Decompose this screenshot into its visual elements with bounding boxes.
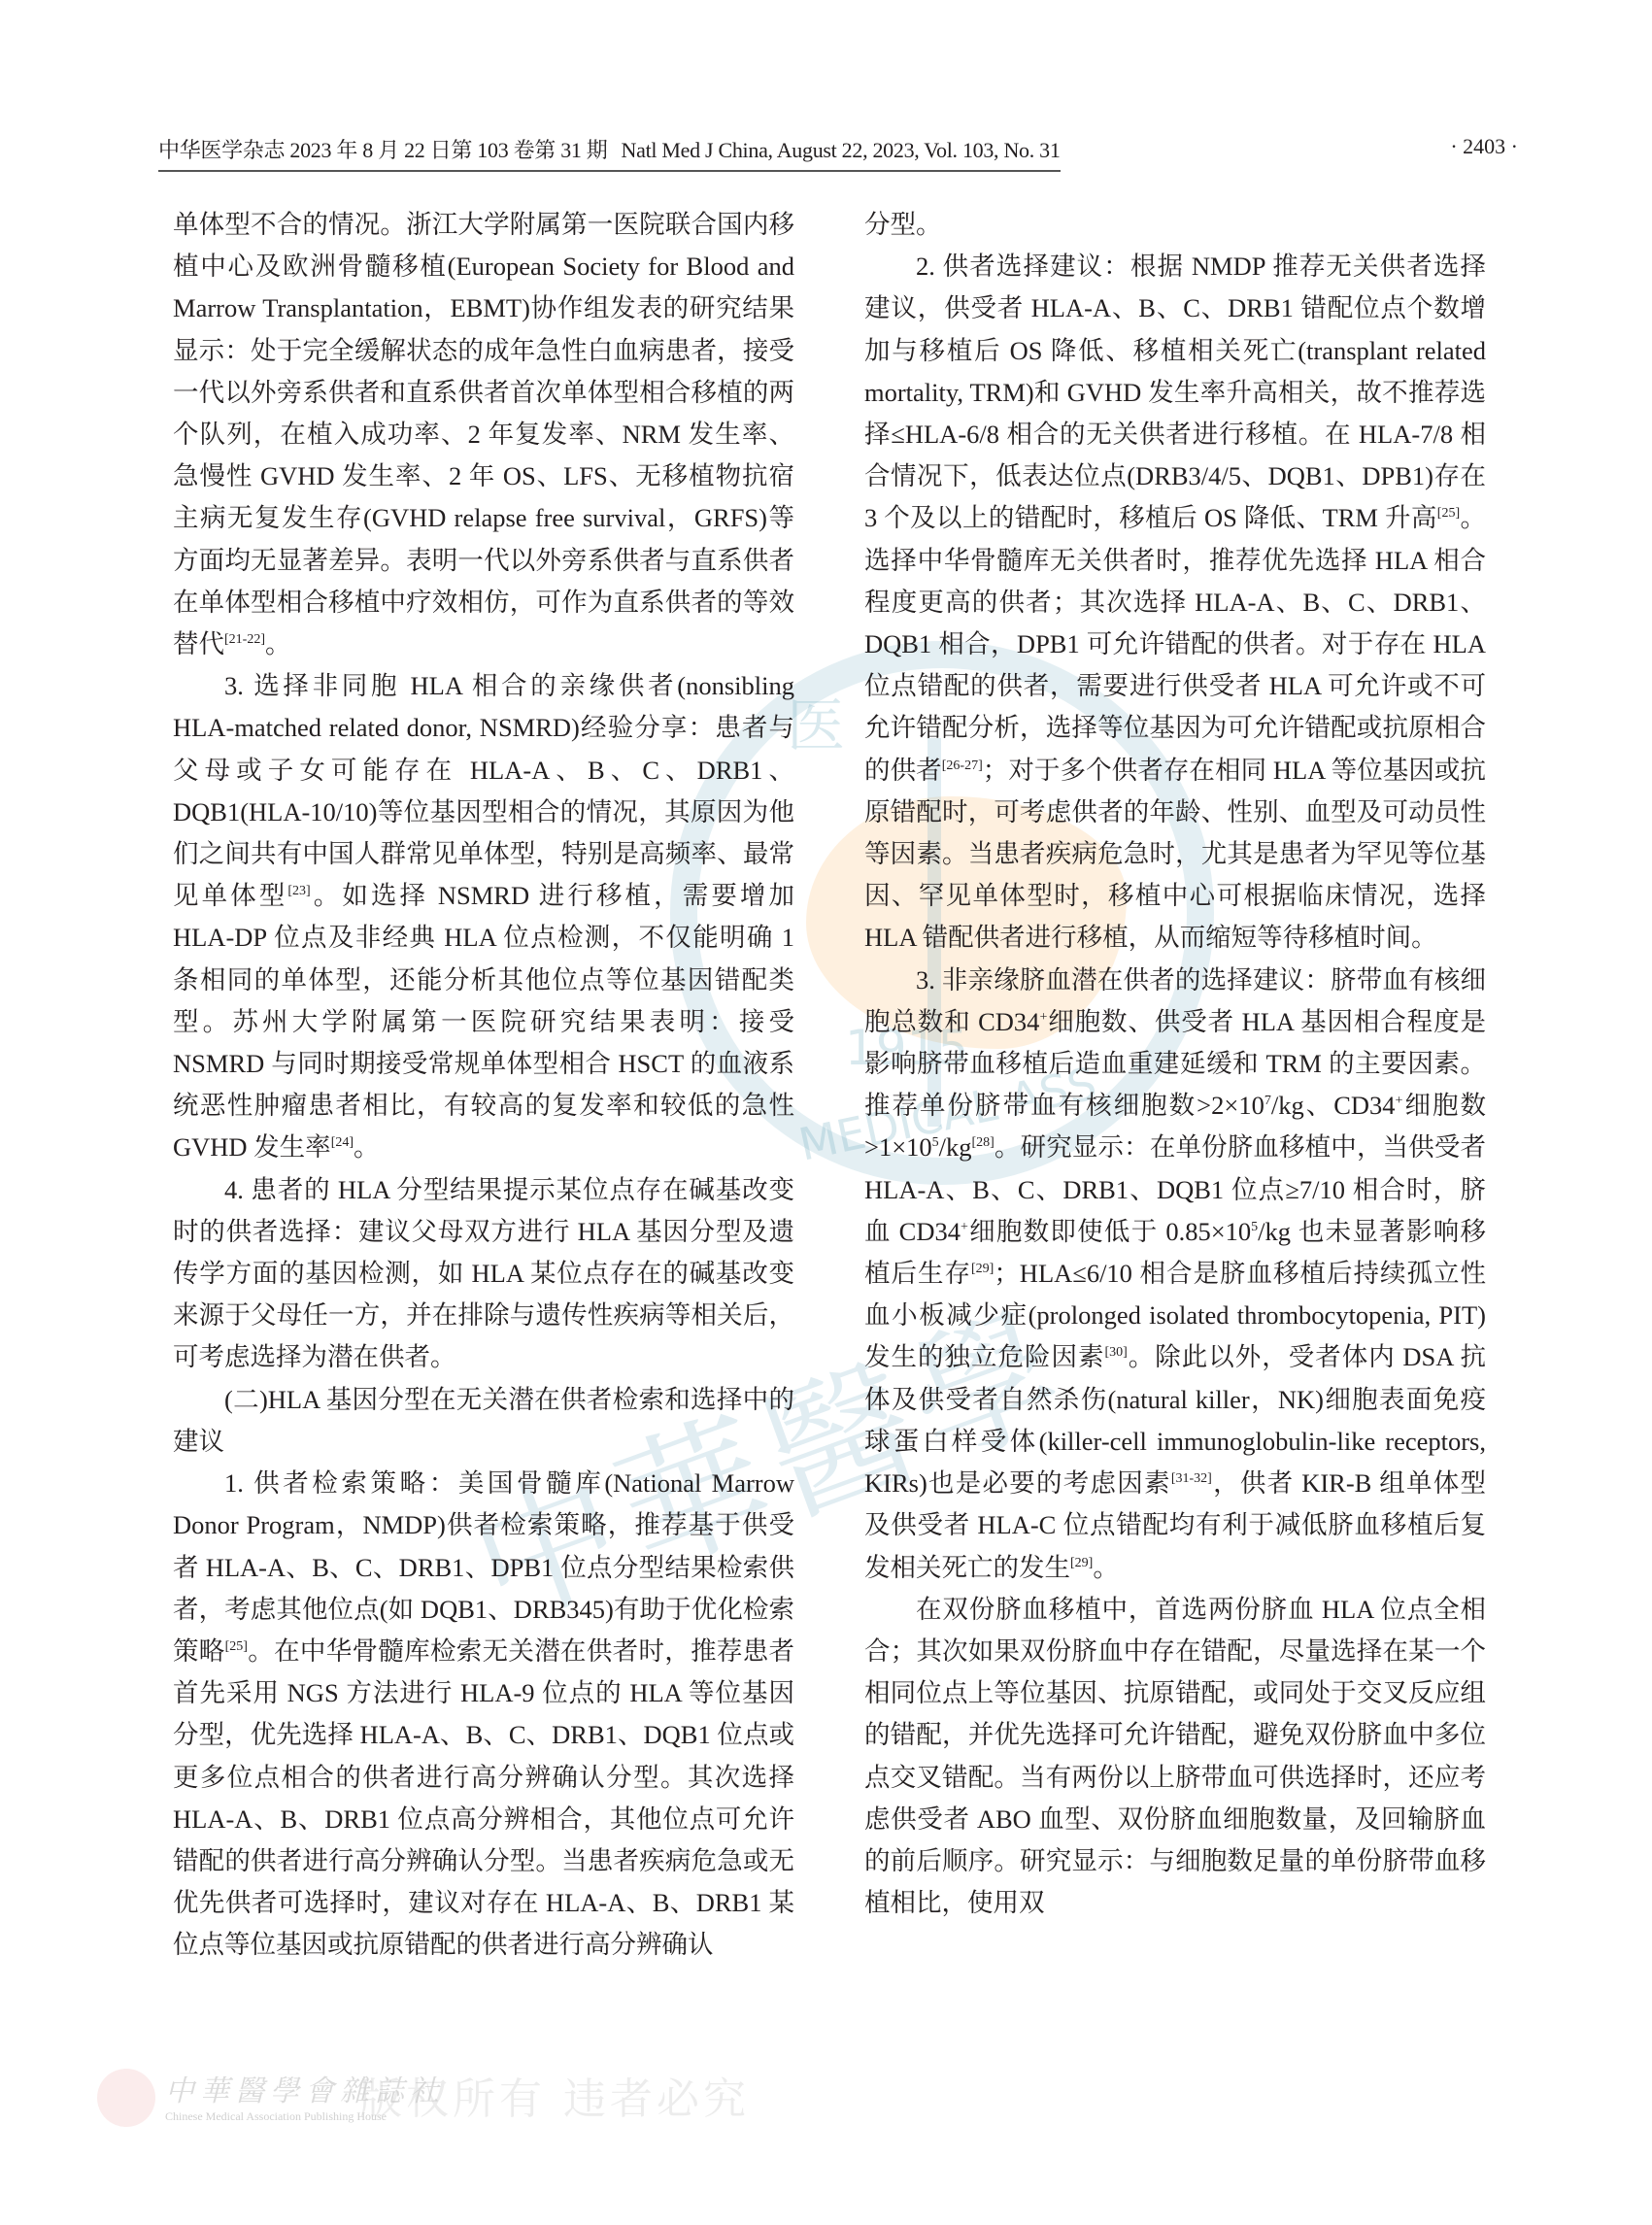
paragraph: 在双份脐血移植中，首选两份脐血 HLA 位点全相合；其次如果双份脐血中存在错配，… [864,1589,1486,1925]
journal-en: Natl Med J China, August 22, 2023, Vol. … [622,138,1061,162]
paragraph: 4. 患者的 HLA 分型结果提示某位点存在碱基改变时的供者选择：建议父母双方进… [173,1169,794,1379]
page-number: · 2403 · [1450,134,1518,159]
citation-ref: [30] [1104,1345,1127,1360]
citation-ref: [25] [1437,506,1460,521]
paragraph: 3. 选择非同胞 HLA 相合的亲缘供者(nonsibling HLA-matc… [173,665,794,1168]
publisher-logo-icon [97,2069,155,2127]
running-header: 中华医学杂志 2023 年 8 月 22 日第 103 卷第 31 期Natl … [158,134,1518,173]
paragraph: 3. 非亲缘脐血潜在供者的选择建议：脐带血有核细胞总数和 CD34+细胞数、供受… [864,960,1486,1589]
citation-ref: [24] [331,1135,354,1150]
right-column: 分型。 2. 供者选择建议：根据 NMDP 推荐无关供者选择建议，供受者 HLA… [864,204,1486,1924]
paragraph: 分型。 [864,204,1486,246]
paragraph: 2. 供者选择建议：根据 NMDP 推荐无关供者选择建议，供受者 HLA-A、B… [864,246,1486,959]
paragraph: 1. 供者检索策略：美国骨髓库(National Marrow Donor Pr… [173,1463,794,1966]
section-heading: (二)HLA 基因分型在无关潜在供者检索和选择中的建议 [173,1379,794,1463]
paragraph: 单体型不合的情况。浙江大学附属第一医院联合国内移植中心及欧洲骨髓移植(Europ… [173,204,794,665]
citation-ref: [28] [972,1135,995,1150]
citation-ref: [31-32] [1171,1471,1212,1486]
citation-ref: [26-27] [942,759,983,773]
left-column: 单体型不合的情况。浙江大学附属第一医院联合国内移植中心及欧洲骨髓移植(Europ… [173,204,794,1967]
citation-ref: [23] [287,884,310,898]
citation-ref: [29] [971,1262,994,1276]
citation-ref: [21-22] [224,632,265,647]
citation-ref: [29] [1070,1556,1093,1570]
journal-citation: 中华医学杂志 2023 年 8 月 22 日第 103 卷第 31 期Natl … [158,134,1061,172]
journal-cn: 中华医学杂志 2023 年 8 月 22 日第 103 卷第 31 期 [158,138,608,162]
publisher-name-en: Chinese Medical Association Publishing H… [165,2109,387,2124]
copyright-notice: 版权所有 违者必究 [359,2064,750,2126]
watermark-char: 医 [787,680,845,763]
citation-ref: [25] [225,1639,248,1654]
